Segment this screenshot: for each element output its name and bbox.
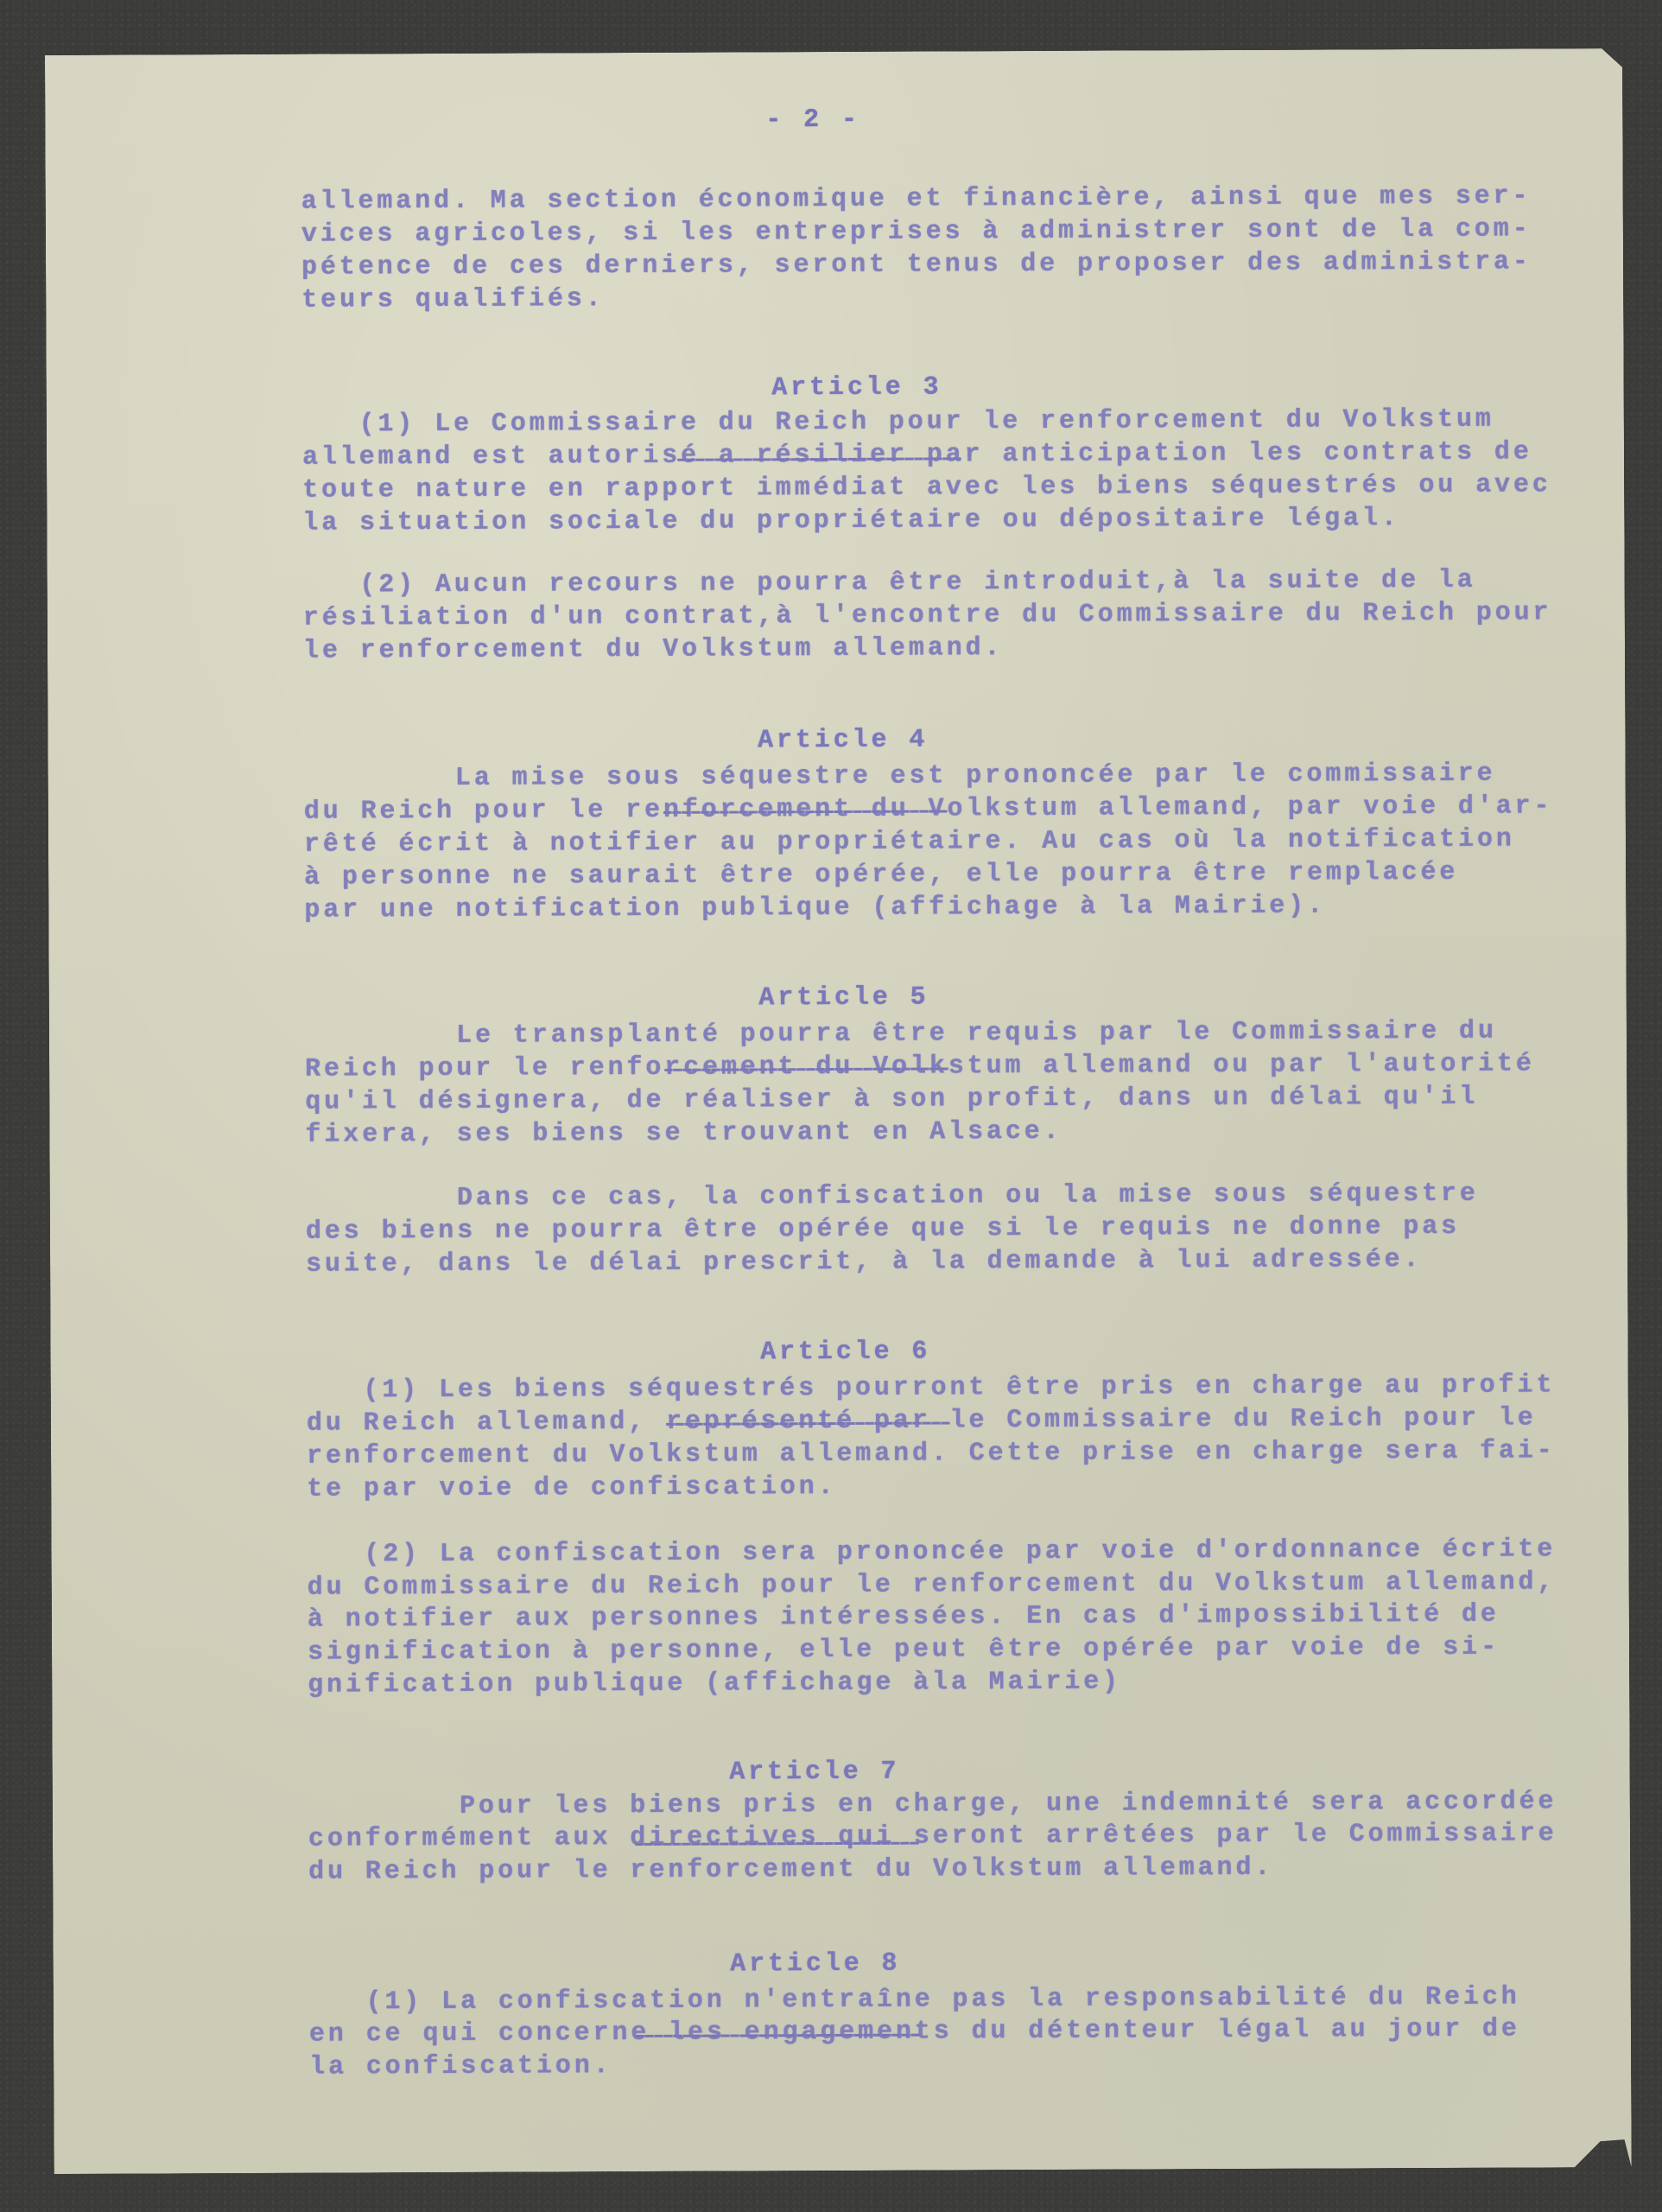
text-line: conformément aux directives qui seront a…	[308, 1821, 1557, 1852]
text-line: la situation sociale du propriétaire ou …	[302, 505, 1399, 537]
text-line: du Commissaire du Reich pour le renforce…	[308, 1569, 1557, 1600]
text-line: du Reich pour le renforcement du Volkstu…	[308, 1855, 1273, 1885]
text-line: (2) Aucun recours ne pourra être introdu…	[303, 568, 1476, 599]
article-heading-text: Article 4	[758, 726, 928, 756]
page-number: - 2 -	[765, 105, 860, 135]
text-line: à personne ne saurait être opérée, elle …	[304, 860, 1458, 891]
article-heading-text: Article 5	[758, 983, 929, 1014]
text-line: (1) Le Commissaire du Reich pour le renf…	[302, 407, 1494, 438]
text-line: (2) La confiscation sera prononcée par v…	[308, 1536, 1557, 1567]
text-line: résiliation d'un contrat,à l'encontre du…	[303, 600, 1552, 631]
text-line: teurs qualifiés.	[301, 286, 605, 314]
text-line: du Reich pour le renforcement du Volkstu…	[304, 793, 1553, 824]
text-line: La mise sous séquestre est prononcée par…	[304, 761, 1496, 792]
document-page: - 2 - allemand. Ma section économique et…	[45, 48, 1632, 2174]
article-heading-text: Article 3	[771, 372, 942, 403]
text-line: (1) La confiscation n'entraîne pas la re…	[309, 1985, 1520, 2016]
text-line: des biens ne pourra être opérée que si l…	[306, 1214, 1460, 1245]
text-line: Le transplanté pourra être requis par le…	[305, 1019, 1497, 1050]
text-line: gnification publique (affichage àla Mair…	[308, 1669, 1121, 1699]
text-line: en ce qui concerne les engagements du dé…	[309, 2017, 1520, 2048]
text-line: la confiscation.	[309, 2053, 612, 2081]
text-line: Dans ce cas, la confiscation ou la mise …	[306, 1181, 1479, 1212]
text-line: à notifier aux personnes intéressées. En…	[308, 1602, 1500, 1633]
text-line: (1) Les biens séquestrés pourront être p…	[307, 1372, 1556, 1403]
article-heading-text: Article 8	[730, 1949, 900, 1980]
text-line: rêté écrit à notifier au propriétaire. A…	[304, 827, 1515, 858]
text-line: qu'il désignera, de réaliser à son profi…	[305, 1084, 1478, 1116]
text-line: par une notification publique (affichage…	[304, 893, 1326, 924]
text-line: allemand est autorisé a résilier par ant…	[302, 439, 1532, 470]
text-line: suite, dans le délai prescrit, à la dema…	[306, 1247, 1422, 1278]
text-line: pétence de ces derniers, seront tenus de…	[301, 249, 1532, 280]
text-line: vices agricoles, si les entreprises à ad…	[301, 216, 1532, 247]
text-line: te par voie de confiscation.	[307, 1474, 836, 1503]
text-line: le renforcement du Volkstum allemand.	[303, 635, 1004, 664]
text-line: fixera, ses biens se trouvant en Alsace.	[305, 1119, 1062, 1148]
text-line: toute nature en rapport immédiat avec le…	[302, 472, 1551, 503]
text-line: allemand. Ma section économique et finan…	[301, 183, 1532, 214]
text-line: signification à personne, elle peut être…	[308, 1635, 1500, 1666]
text-line: Pour les biens pris en charge, une indem…	[308, 1789, 1557, 1820]
text-line: du Reich allemand, représenté par le Com…	[307, 1405, 1537, 1436]
text-line: renforcement du Volkstum allemand. Cette…	[307, 1438, 1556, 1469]
article-heading-text: Article 6	[760, 1338, 930, 1368]
text-line: Reich pour le renforcement du Volkstum a…	[305, 1051, 1535, 1082]
article-heading-text: Article 7	[729, 1758, 899, 1788]
